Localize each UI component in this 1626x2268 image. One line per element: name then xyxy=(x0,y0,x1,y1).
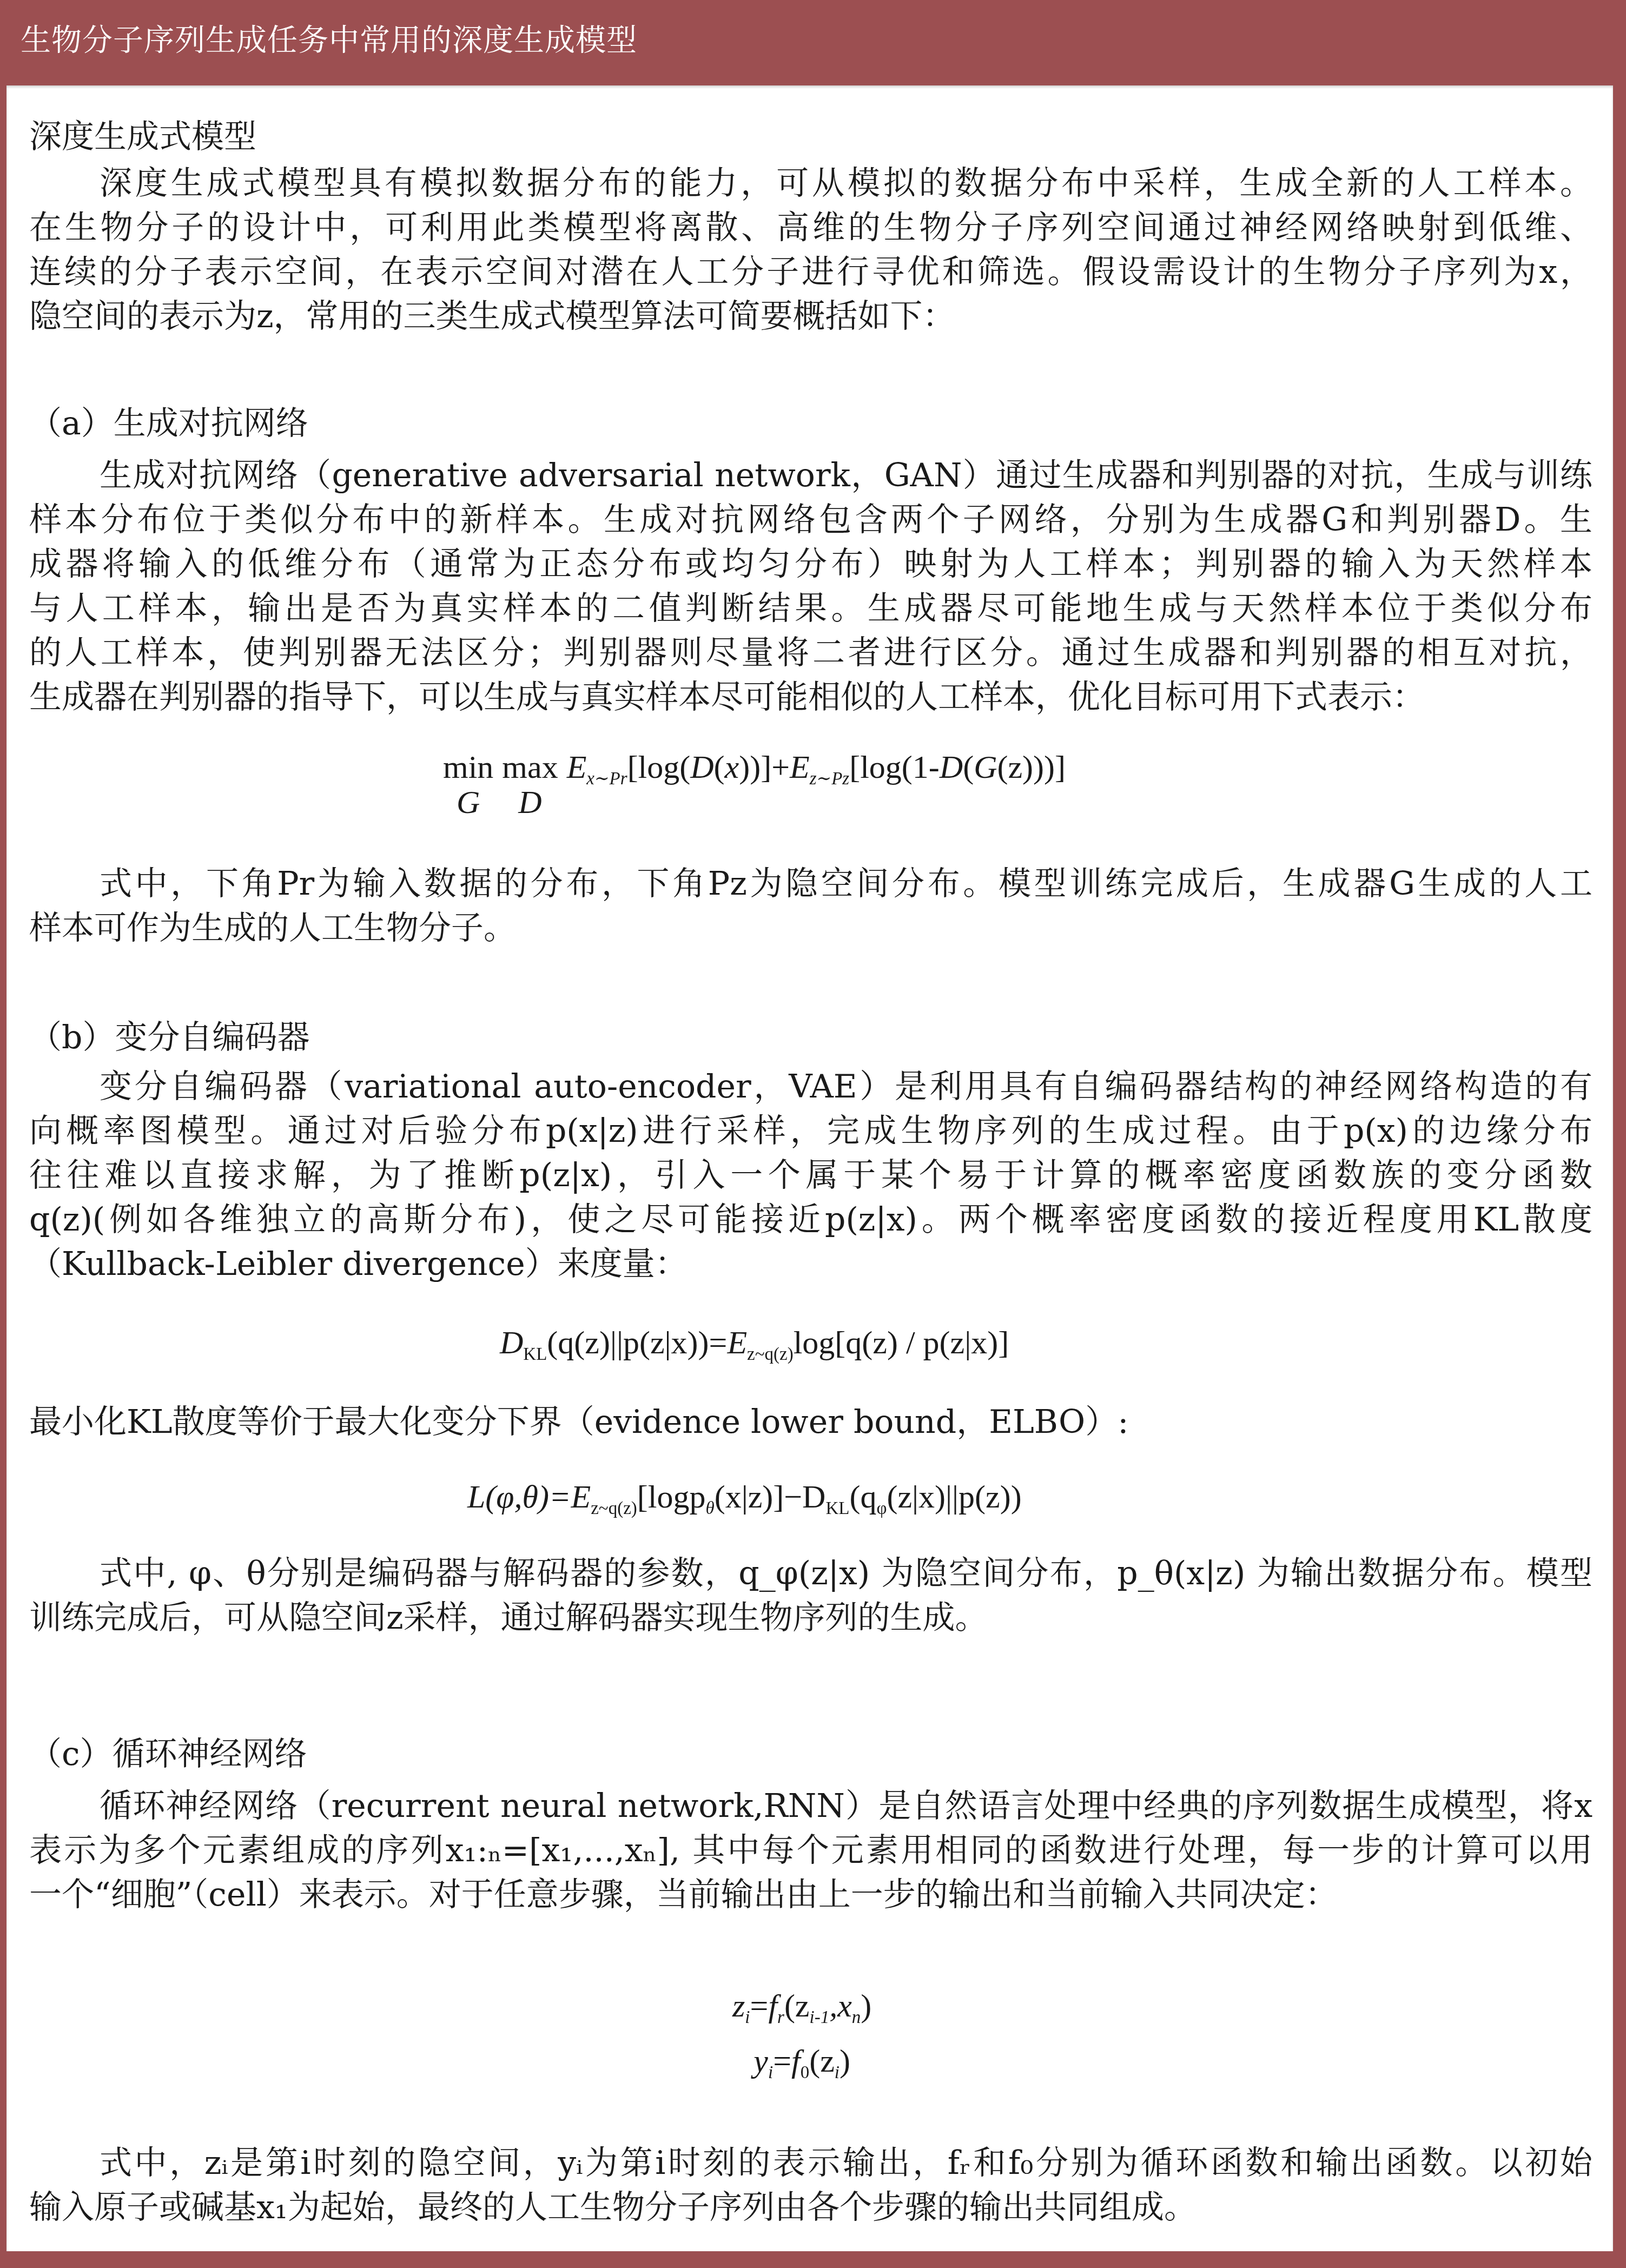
page-title: 生物分子序列生成任务中常用的深度生成模型 xyxy=(21,16,637,65)
text-line: 一个“细胞”（cell）来表示。对于任意步骤，当前输出由上一步的输出和当前输入共… xyxy=(29,1873,1592,1917)
text-line: 式中，zᵢ是第i时刻的隐空间，yᵢ为第i时刻的表示输出，fᵣ和f₀分别为循环函数… xyxy=(29,2141,1592,2185)
text-line: 输入原子或碱基x₁为起始，最终的人工生物分子序列由各个步骤的输出共同组成。 xyxy=(29,2185,1592,2230)
rnn-explanation: 式中，zᵢ是第i时刻的隐空间，yᵢ为第i时刻的表示输出，fᵣ和f₀分别为循环函数… xyxy=(29,2141,1592,2230)
text-line: 在生物分子的设计中，可利用此类模型将离散、高维的生物分子序列空间通过神经网络映射… xyxy=(29,206,1592,250)
text-line: 循环神经网络（recurrent neural network,RNN）是自然语… xyxy=(29,1784,1592,1828)
section-title-intro: 深度生成式模型 xyxy=(29,113,256,161)
text-line: 表示为多个元素组成的序列x₁:ₙ=[x₁,...,xₙ], 其中每个元素用相同的… xyxy=(29,1828,1592,1873)
header-bar: 生物分子序列生成任务中常用的深度生成模型 xyxy=(0,0,1626,84)
text-line: 变分自编码器（variational auto-encoder，VAE）是利用具… xyxy=(29,1064,1592,1109)
gan-objective-formula: minGmaxDEx∼Pr[log(D(x))]+Ez∼Pz[log(1-D(G… xyxy=(443,748,1066,818)
intro-paragraph: 深度生成式模型具有模拟数据分布的能力，可从模拟的数据分布中采样，生成全新的人工样… xyxy=(29,161,1592,339)
text-line: 深度生成式模型具有模拟数据分布的能力，可从模拟的数据分布中采样，生成全新的人工样… xyxy=(29,161,1592,206)
section-title-rnn: （c）循环神经网络 xyxy=(29,1730,307,1778)
elbo-intro-line: 最小化KL散度等价于最大化变分下界（evidence lower bound，E… xyxy=(29,1400,1592,1444)
text-line: 样本分布位于类似分布中的新样本。生成对抗网络包含两个子网络，分别为生成器G和判别… xyxy=(29,498,1592,542)
text-line: 与人工样本，输出是否为真实样本的二值判断结果。生成器尽可能地生成与天然样本位于类… xyxy=(29,586,1592,631)
text-line: 成器将输入的低维分布（通常为正态分布或均匀分布）映射为人工样本；判别器的输入为天… xyxy=(29,542,1592,586)
gan-paragraph: 生成对抗网络（generative adversarial network，GA… xyxy=(29,453,1592,719)
text-line: 的人工样本，使判别器无法区分；判别器则尽量将二者进行区分。通过生成器和判别器的相… xyxy=(29,631,1592,675)
text-line: （Kullback-Leibler divergence）来度量： xyxy=(29,1242,1592,1286)
section-title-vae: （b）变分自编码器 xyxy=(29,1013,309,1062)
content-panel: 深度生成式模型 深度生成式模型具有模拟数据分布的能力，可从模拟的数据分布中采样，… xyxy=(6,85,1613,2251)
text-line: 式中, φ、θ分别是编码器与解码器的参数，q_φ(z|x) 为隐空间分布，p_θ… xyxy=(29,1551,1592,1596)
text-line: 往往难以直接求解，为了推断p(z|x)，引入一个属于某个易于计算的概率密度函数族… xyxy=(29,1153,1592,1198)
rnn-paragraph: 循环神经网络（recurrent neural network,RNN）是自然语… xyxy=(29,1784,1592,1917)
text-line: 式中，下角Pr为输入数据的分布，下角Pz为隐空间分布。模型训练完成后，生成器G生… xyxy=(29,862,1592,906)
rnn-formula-line-2: yi=f0(zi) xyxy=(732,2039,871,2094)
text-line: 向概率图模型。通过对后验分布p(x|z)进行采样，完成生物序列的生成过程。由于p… xyxy=(29,1109,1592,1153)
text-line: 隐空间的表示为z，常用的三类生成式模型算法可简要概括如下： xyxy=(29,294,1592,339)
text-line: 训练完成后，可从隐空间z采样，通过解码器实现生物序列的生成。 xyxy=(29,1596,1592,1640)
vae-explanation: 式中, φ、θ分别是编码器与解码器的参数，q_φ(z|x) 为隐空间分布，p_θ… xyxy=(29,1551,1592,1640)
text-line: q(z)(例如各维独立的高斯分布)，使之尽可能接近p(z|x)。两个概率密度函数… xyxy=(29,1198,1592,1242)
rnn-formula: zi=fr(zi-1,xn) yi=f0(zi) xyxy=(732,1984,871,2094)
text-line: 最小化KL散度等价于最大化变分下界（evidence lower bound，E… xyxy=(29,1400,1592,1444)
text-line: 生成器在判别器的指导下，可以生成与真实样本尽可能相似的人工样本，优化目标可用下式… xyxy=(29,675,1592,719)
kl-divergence-formula: DKL(q(z)||p(z|x))=Ez~q(z)log[q(z) / p(z|… xyxy=(500,1324,1009,1365)
vae-paragraph: 变分自编码器（variational auto-encoder，VAE）是利用具… xyxy=(29,1064,1592,1286)
gan-explanation: 式中，下角Pr为输入数据的分布，下角Pz为隐空间分布。模型训练完成后，生成器G生… xyxy=(29,862,1592,950)
text-line: 生成对抗网络（generative adversarial network，GA… xyxy=(29,453,1592,498)
rnn-formula-line-1: zi=fr(zi-1,xn) xyxy=(732,1984,871,2039)
text-line: 样本可作为生成的人工生物分子。 xyxy=(29,906,1592,950)
text-line: 连续的分子表示空间，在表示空间对潜在人工分子进行寻优和筛选。假设需设计的生物分子… xyxy=(29,250,1592,294)
elbo-formula: L(φ,θ)=Ez~q(z)[logpθ(x|z)]−DKL(qφ(z|x)||… xyxy=(467,1478,1022,1519)
section-title-gan: （a）生成对抗网络 xyxy=(29,399,308,448)
